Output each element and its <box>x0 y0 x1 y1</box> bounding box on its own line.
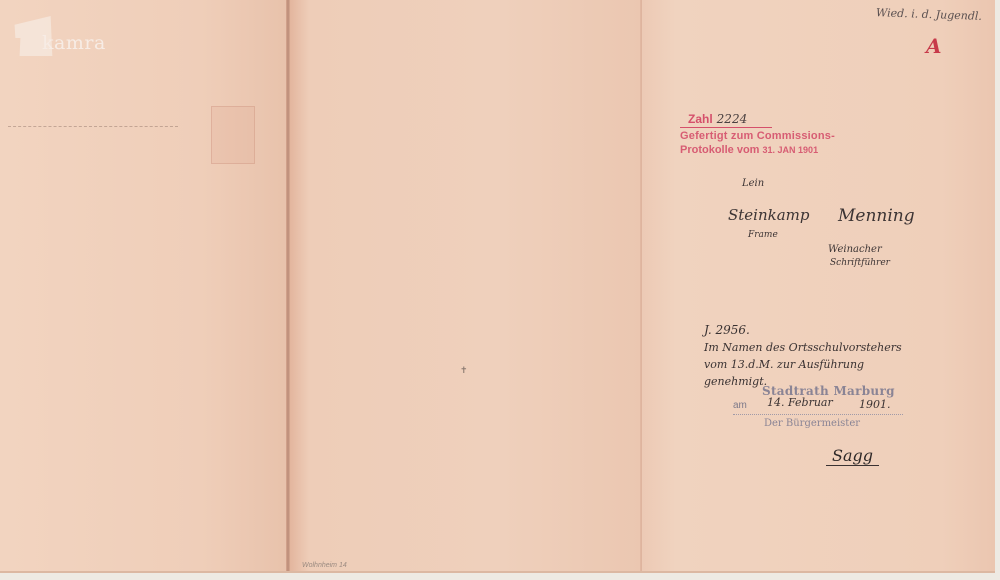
fold-line <box>286 0 290 572</box>
signature: Frame <box>748 230 778 240</box>
archive-reference: Wolhnheim 14 <box>302 562 347 569</box>
logo-text: kamra <box>42 32 106 54</box>
signature: Weinacher <box>828 244 882 255</box>
mayor-signature: Sagg <box>826 446 879 466</box>
note-line: vom 13.d.M. zur Ausführung <box>704 356 934 373</box>
faded-revenue-stamp <box>211 106 255 164</box>
stamp-number-row: Zahl2224 <box>688 112 838 126</box>
note-reference: J. 2956. <box>704 322 934 339</box>
right-panel <box>640 0 995 572</box>
stamp-date-row: Protokolle vom 31. JAN 1901 <box>680 143 830 157</box>
stamp-protocol-label: Protokolle vom <box>680 144 759 156</box>
watermark-logo: kamra <box>12 14 122 58</box>
stamp-divider <box>680 127 772 128</box>
date-day-month: 14. Februar <box>767 396 833 409</box>
document-sheet: kamra Wied. i. d. Jugendl. A Zahl2224 Ge… <box>0 0 995 572</box>
faded-text-line <box>8 126 178 128</box>
signature: Lein <box>742 178 764 189</box>
mayor-stamp: Der Bürgermeister <box>764 418 860 429</box>
page-edge <box>0 571 995 573</box>
fold-line <box>640 0 642 572</box>
stamp-zahl-number: 2224 <box>717 112 748 126</box>
ink-marks: ✝ <box>460 365 468 376</box>
page-number: A <box>926 34 942 58</box>
date-line: am 14. Februar 1901. <box>733 400 903 415</box>
stamp-text: Gefertigt zum Commissions- <box>680 129 830 143</box>
stamp-zahl-label: Zahl <box>688 112 713 126</box>
date-year: 1901. <box>859 398 891 411</box>
note-line: Im Namen des Ortsschulvorstehers <box>704 339 934 356</box>
stamp-date: 31. JAN 1901 <box>763 145 819 155</box>
signature-block: Lein Steinkamp Menning Frame Weinacher S… <box>690 170 930 280</box>
signature: Steinkamp <box>728 206 810 224</box>
left-panel <box>0 0 288 572</box>
commission-stamp: Zahl2224 Gefertigt zum Commissions- Prot… <box>680 112 830 157</box>
signature: Schriftführer <box>830 258 890 268</box>
approval-note: J. 2956. Im Namen des Ortsschulvorsteher… <box>704 322 934 390</box>
signature: Menning <box>838 206 915 226</box>
middle-panel <box>288 0 640 572</box>
date-prefix: am <box>733 400 747 411</box>
